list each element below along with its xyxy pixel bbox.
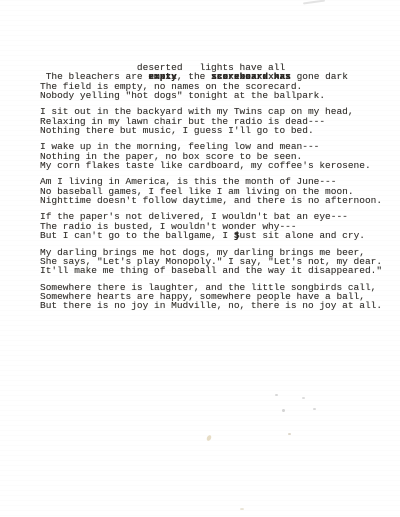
stanza: deserted lights have all The bleachers a… bbox=[40, 63, 382, 100]
text-segment: But I can't go to the ballgame, I bbox=[40, 230, 234, 241]
paper-speck bbox=[302, 397, 305, 399]
stanza: Am I living in America, is this the mont… bbox=[40, 177, 382, 205]
text-segment: But there is no joy in Mudville, no, the… bbox=[40, 300, 382, 311]
stanza: I sit out in the backyard with my Twins … bbox=[40, 107, 382, 135]
poem-line: But I can't go to the ballgame, I j$ust … bbox=[40, 231, 382, 240]
text-segment: My corn flakes taste like cardboard, my … bbox=[40, 160, 371, 171]
overstruck-base-text: j bbox=[234, 230, 240, 241]
scanned-page: deserted lights have all The bleachers a… bbox=[0, 0, 400, 517]
overstruck-base-text: empty bbox=[148, 71, 177, 82]
text-segment: Nobody yelling "hot dogs" tonight at the… bbox=[40, 90, 325, 101]
overstruck-word: emptyxxxxx bbox=[148, 72, 177, 81]
paper-speck bbox=[275, 394, 278, 396]
paper-speck bbox=[288, 433, 291, 435]
stanza: My darling brings me hot dogs, my darlin… bbox=[40, 248, 382, 276]
overstruck-word: scoreboard hasxxxxxxxxxxxxxx bbox=[211, 72, 291, 81]
poem-line: But there is no joy in Mudville, no, the… bbox=[40, 301, 382, 310]
paper-speck bbox=[313, 408, 316, 410]
poem-line: Nobody yelling "hot dogs" tonight at the… bbox=[40, 91, 382, 100]
text-segment: It'll make me thing of baseball and the … bbox=[40, 265, 382, 276]
text-segment: Nighttime doesn't follow daytime, and th… bbox=[40, 195, 382, 206]
poem-line: Nothing there but music, I guess I'll go… bbox=[40, 126, 382, 135]
paper-speck bbox=[282, 409, 285, 412]
paper-speck bbox=[206, 434, 212, 441]
poem: deserted lights have all The bleachers a… bbox=[40, 63, 382, 318]
text-segment: Nothing there but music, I guess I'll go… bbox=[40, 125, 314, 136]
overstruck-word: j$ bbox=[234, 231, 240, 240]
stanza: I wake up in the morning, feeling low an… bbox=[40, 142, 382, 170]
poem-line: It'll make me thing of baseball and the … bbox=[40, 266, 382, 275]
paper-speck bbox=[240, 508, 244, 510]
text-segment: ust sit alone and cry. bbox=[240, 230, 365, 241]
poem-line: Nighttime doesn't follow daytime, and th… bbox=[40, 196, 382, 205]
stanza: Somewhere there is laughter, and the lit… bbox=[40, 283, 382, 311]
paper-scratch-mark bbox=[303, 0, 325, 4]
poem-line: My corn flakes taste like cardboard, my … bbox=[40, 161, 382, 170]
overstruck-base-text: scoreboard has bbox=[211, 71, 291, 82]
stanza: If the paper's not delivered, I wouldn't… bbox=[40, 212, 382, 240]
